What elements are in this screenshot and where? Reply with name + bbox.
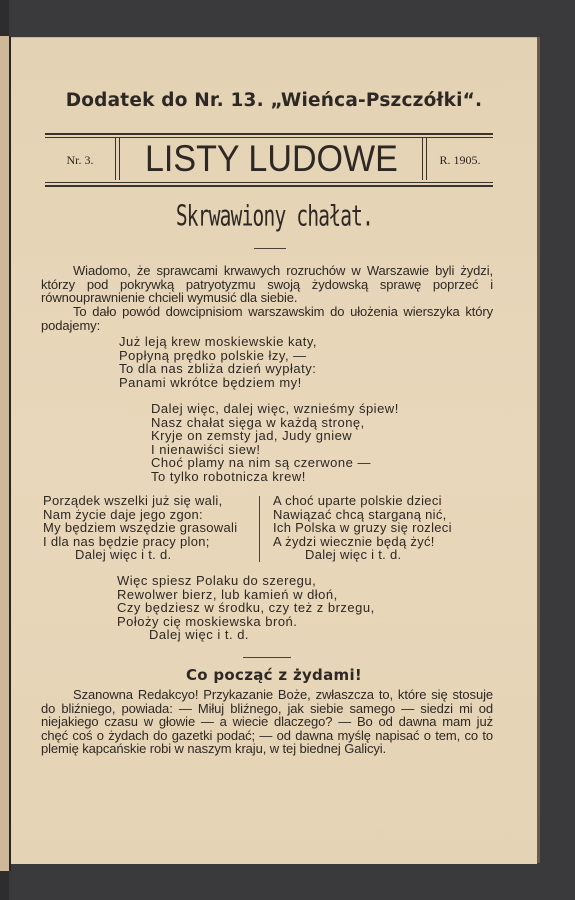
poem-line: Popłyną prędko polskie łzy, —	[119, 349, 317, 363]
poem-line: My będziem wszędzie grasowali	[43, 521, 237, 535]
poem-stanza-last: Więc spiesz Polaku do szeregu, Rewolwer …	[117, 574, 375, 642]
poem-line: I nienawiści siew!	[151, 443, 399, 457]
divider-rule	[254, 248, 286, 249]
poem-line: A żydzi wiecznie będą żyć!	[273, 535, 452, 549]
issue-year: R. 1905.	[427, 140, 493, 180]
poem-line: Czy będziesz w środku, czy też z brzegu,	[117, 601, 375, 615]
page-edge-shadow	[537, 37, 540, 863]
column-divider	[259, 496, 260, 562]
poem-line: A choć uparte polskie dzieci	[273, 494, 452, 508]
poem-line: Porządek wszelki już się wali,	[43, 494, 237, 508]
poem-refrain: Dalej więc, dalej więc, wznieśmy śpiew! …	[151, 402, 399, 484]
poem-stanza-right: A choć uparte polskie dzieci Nawiązać ch…	[273, 494, 452, 562]
poem-line: Położy cię moskiewska broń.	[117, 615, 375, 629]
letter-paragraph: Szanowna Redakcyo! Przykazanie Boże, zwł…	[41, 688, 493, 756]
poem-line: Nasz chałat sięga w każdą stronę,	[151, 416, 399, 430]
masthead-title-box: LISTY LUDOWE	[115, 138, 427, 180]
section-divider-rule	[243, 657, 291, 658]
poem-line: Dalej więc, dalej więc, wznieśmy śpiew!	[151, 402, 399, 416]
poem-line: Kryje on zemsty jad, Judy gniew	[151, 429, 399, 443]
poem-line: To dla nas zbliża dzień wypłaty:	[119, 362, 317, 376]
poem-line: Nam życie daje jego zgon:	[43, 508, 237, 522]
issue-number: Nr. 3.	[45, 140, 115, 180]
supplement-title: Dodatek do Nr. 13. „Wieńca-Pszczółki“.	[11, 90, 537, 111]
poem-line: Więc spiesz Polaku do szeregu,	[117, 574, 375, 588]
poem-line: Panami wkrótce będziem my!	[119, 376, 317, 390]
intro-paragraph-2: To dało powód dowcipnisiom warszawskim d…	[41, 305, 493, 332]
poem-line: Ich Polska w gruzy się rozleci	[273, 521, 452, 535]
poem-refrain-line: Dalej więc i t. d.	[273, 548, 452, 562]
article-title-text: Skrwawiony chałat.	[175, 199, 372, 232]
poem-line: Rewolwer bierz, lub kamień w dłoń,	[117, 588, 375, 602]
poem-stanza-left: Porządek wszelki już się wali, Nam życie…	[43, 494, 237, 562]
masthead: Nr. 3. LISTY LUDOWE R. 1905.	[45, 133, 493, 187]
poem-refrain-line: Dalej więc i t. d.	[43, 548, 237, 562]
poem-line: Już leją krew moskiewskie katy,	[119, 335, 317, 349]
poem-line: Nawiązać chcą starganą nić,	[273, 508, 452, 522]
poem-line: I dla nas będzie pracy plon;	[43, 535, 237, 549]
intro-paragraph-1: Wiadomo, że sprawcami krwawych rozruchów…	[41, 264, 493, 305]
poem-stanza-1: Już leją krew moskiewskie katy, Popłyną …	[119, 335, 317, 389]
poem-line: To tylko robotnicza krew!	[151, 470, 399, 484]
document-page: Dodatek do Nr. 13. „Wieńca-Pszczółki“. N…	[11, 37, 537, 864]
poem-line: Choć plamy na nim są czerwone —	[151, 456, 399, 470]
poem-refrain-line: Dalej więc i t. d.	[117, 628, 375, 642]
masthead-title: LISTY LUDOWE	[145, 138, 398, 180]
previous-page-edge	[0, 36, 11, 871]
article-title: Skrwawiony chałat.	[11, 201, 537, 230]
section-title: Co począć z żydami!	[11, 666, 537, 684]
